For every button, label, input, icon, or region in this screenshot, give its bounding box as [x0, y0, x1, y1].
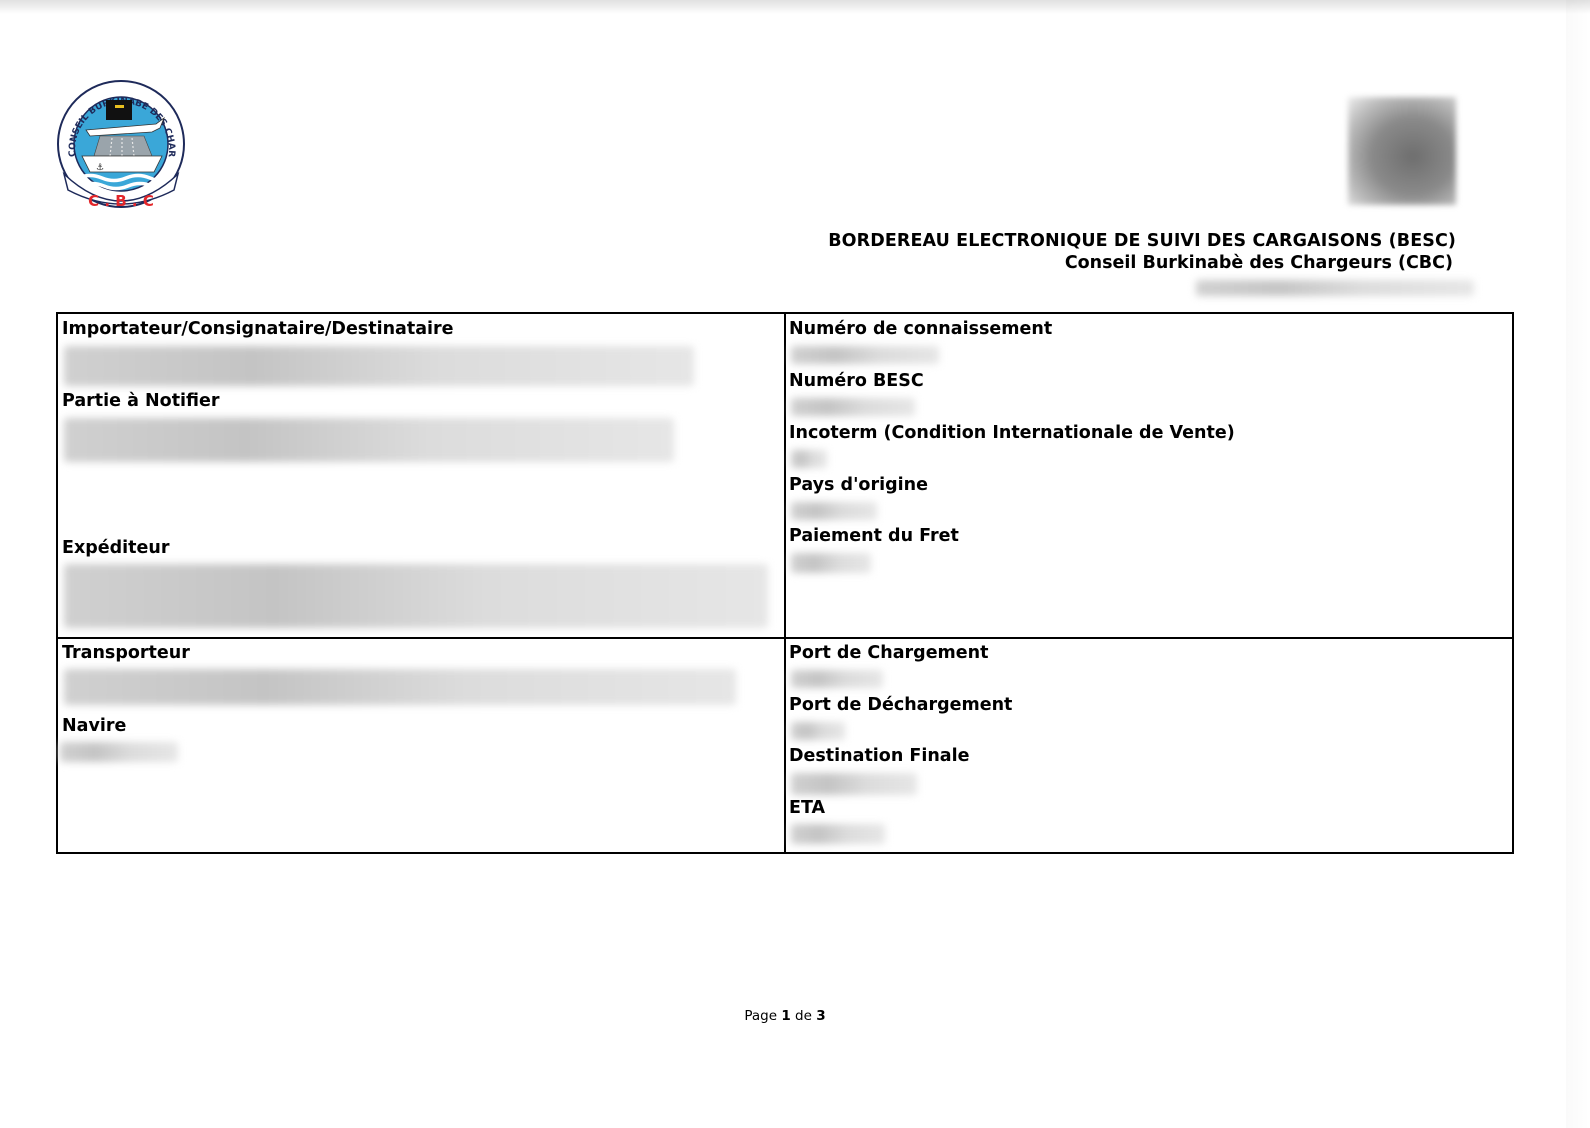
- label-pays-origine: Pays d'origine: [789, 475, 928, 495]
- column-divider: [784, 314, 786, 852]
- value-numero-besc: [791, 398, 915, 416]
- redacted-photo: [1348, 97, 1456, 205]
- value-numero-connaissement: [791, 346, 939, 364]
- page-counter: Page 1 de 3: [0, 1008, 1570, 1024]
- value-destination-finale: [791, 773, 917, 795]
- value-importateur: [64, 346, 694, 386]
- label-port-dechargement: Port de Déchargement: [789, 695, 1012, 715]
- viewer-right-edge: [1566, 0, 1590, 1128]
- row-divider: [58, 637, 1512, 639]
- svg-text:C . B . C: C . B . C: [88, 192, 154, 210]
- document-subtitle: Conseil Burkinabè des Chargeurs (CBC): [1065, 253, 1453, 273]
- redacted-subtitle-detail: [1196, 280, 1474, 296]
- label-transporteur: Transporteur: [62, 643, 190, 663]
- total-pages: 3: [816, 1008, 825, 1024]
- value-port-chargement: [791, 670, 883, 688]
- label-destination-finale: Destination Finale: [789, 746, 969, 766]
- value-eta: [791, 824, 885, 844]
- label-incoterm: Incoterm (Condition Internationale de Ve…: [789, 423, 1235, 443]
- value-partie-notifier: [64, 418, 674, 462]
- shipment-info-table: Importateur/Consignataire/Destinataire P…: [56, 312, 1514, 854]
- label-partie-notifier: Partie à Notifier: [62, 391, 220, 411]
- label-navire: Navire: [62, 716, 126, 736]
- label-numero-connaissement: Numéro de connaissement: [789, 319, 1052, 339]
- label-port-chargement: Port de Chargement: [789, 643, 989, 663]
- label-numero-besc: Numéro BESC: [789, 371, 924, 391]
- page-separator: de: [795, 1008, 812, 1024]
- value-incoterm: [791, 450, 827, 468]
- value-navire: [60, 742, 178, 762]
- label-expediteur: Expéditeur: [62, 538, 170, 558]
- value-port-dechargement: [791, 722, 845, 740]
- document-title: BORDEREAU ELECTRONIQUE DE SUIVI DES CARG…: [828, 231, 1456, 251]
- value-pays-origine: [791, 502, 877, 520]
- label-paiement-fret: Paiement du Fret: [789, 526, 959, 546]
- cbc-logo-icon: CONSEIL BURKINABE DES CHARGEURS ⚓ C . B …: [56, 78, 186, 214]
- label-importateur: Importateur/Consignataire/Destinataire: [62, 319, 454, 339]
- label-eta: ETA: [789, 798, 825, 818]
- value-paiement-fret: [791, 553, 871, 573]
- value-transporteur: [64, 669, 736, 705]
- svg-text:⚓: ⚓: [96, 163, 104, 173]
- value-expediteur: [64, 564, 768, 628]
- viewer-top-shadow: [0, 0, 1590, 14]
- page-prefix: Page: [744, 1008, 777, 1024]
- current-page: 1: [781, 1008, 790, 1024]
